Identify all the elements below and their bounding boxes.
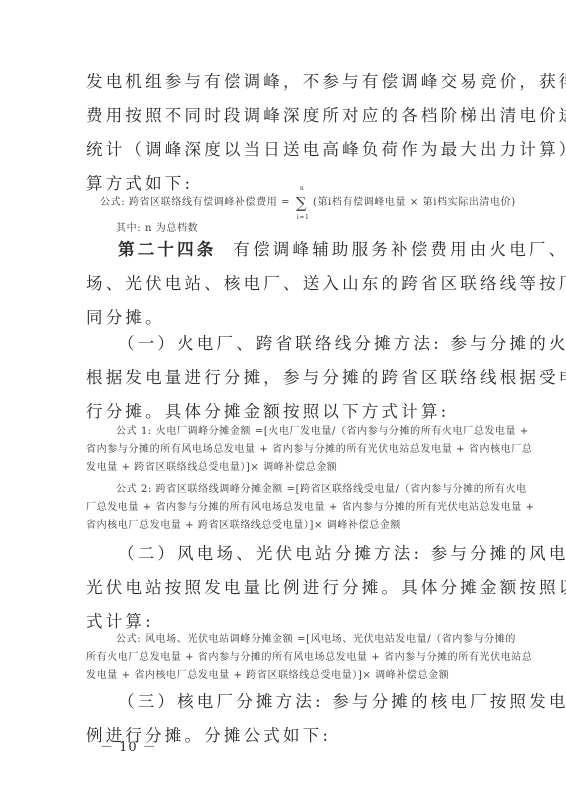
formula-compensation: 公式: 跨省区联络线有偿调峰补偿费用 = n ∑ i=1 (第i档有偿调峰电量 … [100, 193, 516, 212]
formula-2-line: 厂总发电量 + 省内参与分摊的所有风电场总发电量 + 省内参与分摊的所有光伏电站… [86, 498, 535, 513]
formula-1-line: 省内参与分摊的所有风电场总发电量 + 省内参与分摊的所有光伏电站总发电量 + 省… [86, 440, 532, 455]
paragraph-line: 光伏电站按照发电量比例进行分摊。具体分摊金额按照以下方 [86, 574, 566, 598]
paragraph-line: 费用按照不同时段调峰深度所对应的各档阶梯出清电价进行 [86, 102, 566, 126]
formula-3-line: 公式: 风电场、光伏电站调峰分摊金额 =[风电场、光伏电站发电量/（省内参与分摊… [116, 630, 516, 645]
section-3-heading: （三）核电厂分摊方法: 参与分摊的核电厂按照发电量比 [118, 688, 566, 712]
formula-right: (第i档有偿调峰电量 × 第i档实际出清电价) [313, 197, 516, 208]
summation-symbol: n ∑ i=1 [296, 194, 307, 212]
paragraph-line: 算方式如下: [86, 170, 193, 194]
page-number: － 10 － [100, 736, 157, 755]
formula-left: 公式: 跨省区联络线有偿调峰补偿费用 = [100, 197, 290, 208]
formula-1-line: 公式 1: 火电厂调峰分摊金额 =[火电厂发电量/（省内参与分摊的所有火电厂总发… [116, 422, 529, 437]
formula-2-line: 公式 2: 跨省区联络线调峰分摊金额 =[跨省区联络线受电量/（省内参与分摊的所… [116, 480, 527, 495]
formula-note: 其中: n 为总档数 [116, 219, 198, 234]
formula-3-line: 所有火电厂总发电量 + 省内参与分摊的所有风电场总发电量 + 省内参与分摊的所有… [86, 648, 532, 663]
article-24-line: 第二十四条 有偿调峰辅助服务补偿费用由火电厂、风电 [118, 236, 566, 260]
formula-1-line: 发电量 + 跨省区联络线总受电量）]× 调峰补偿总金额 [86, 458, 337, 473]
formula-2-line: 省内核电厂总发电量 + 跨省区联络线总受电量）]× 调峰补偿总金额 [86, 516, 401, 531]
paragraph-line: 行分摊。具体分摊金额按照以下方式计算: [86, 398, 449, 422]
section-1-heading: （一）火电厂、跨省联络线分摊方法: 参与分摊的火电厂 [118, 330, 566, 354]
paragraph-line: 式计算: [86, 608, 154, 632]
paragraph-line: 根据发电量进行分摊，参与分摊的跨省区联络线根据受电量进 [86, 364, 566, 388]
paragraph-line: 发电机组参与有偿调峰，不参与有偿调峰交易竞价，获得补偿 [86, 68, 566, 92]
article-title: 第二十四条 [118, 240, 217, 259]
paragraph-line: 同分摊。 [86, 304, 165, 328]
paragraph-line: 统计（调峰深度以当日送电高峰负荷作为最大出力计算），计 [86, 136, 566, 160]
formula-3-line: 发电量 + 省内核电厂总发电量 + 跨省区联络线总受电量）]× 调峰补偿总金额 [86, 666, 449, 681]
paragraph-line: 场、光伏电站、核电厂、送入山东的跨省区联络线等按厂站共 [86, 270, 566, 294]
section-2-heading: （二）风电场、光伏电站分摊方法: 参与分摊的风电场、 [118, 540, 566, 564]
